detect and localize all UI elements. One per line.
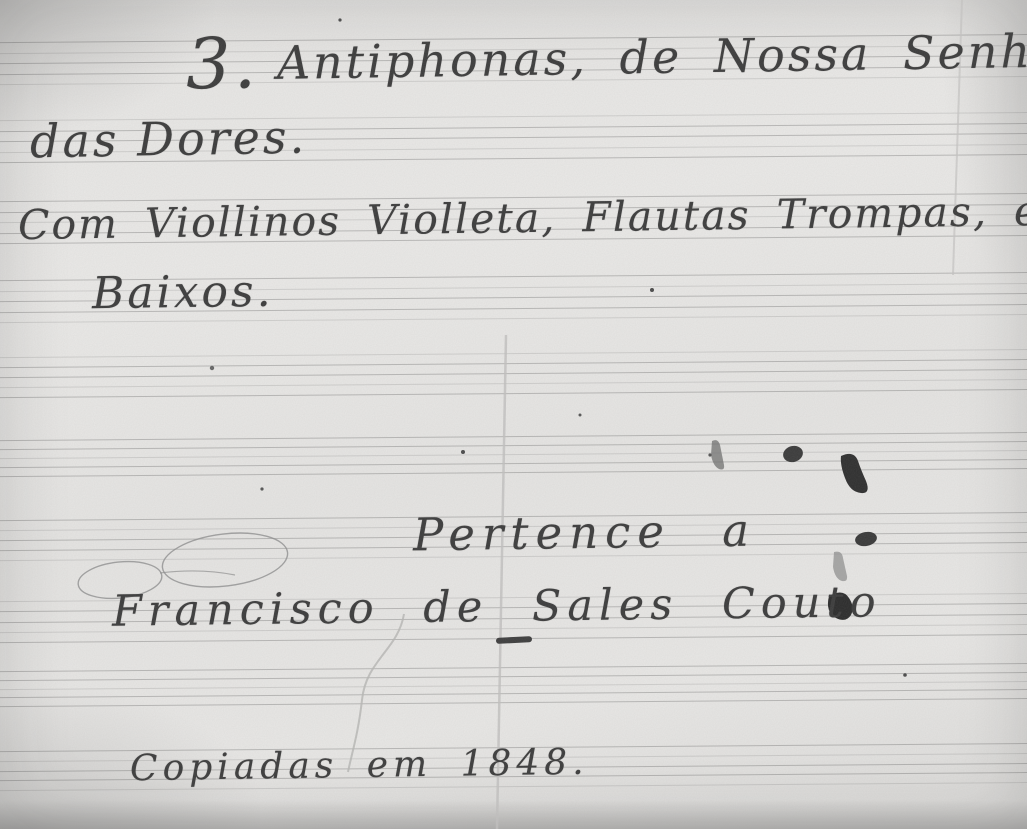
music-staff <box>0 432 1027 476</box>
staff-line <box>0 349 1027 358</box>
title-text: Antiphonas, de Nossa Senhora <box>276 23 1027 90</box>
ink-blot-teardrop <box>841 454 868 493</box>
staff-line <box>0 389 1027 398</box>
ink-smear-small <box>711 440 724 469</box>
staff-line <box>0 459 1027 468</box>
ink-blot-1 <box>781 444 804 465</box>
staff-line <box>0 369 1027 378</box>
staff-line <box>0 359 1027 368</box>
edge-shadow-bottom <box>0 800 1027 829</box>
flourish-connector <box>160 571 235 575</box>
manuscript-page: 3.Antiphonas, de Nossa Senhora das Dores… <box>0 0 1027 829</box>
speck <box>708 453 711 456</box>
instruments-line-2: Baixos. <box>92 270 274 317</box>
date-line: Copiadas em 1848. <box>130 745 589 787</box>
flourish-loop-large <box>159 527 290 594</box>
music-staff <box>0 349 1027 397</box>
speck <box>579 414 582 417</box>
ink-smear-grey <box>833 552 847 582</box>
staff-line <box>0 379 1027 388</box>
staff-line <box>0 441 1027 450</box>
music-staff <box>0 663 1027 706</box>
ink-dash-under-sales <box>496 636 532 644</box>
staff-line <box>0 468 1027 477</box>
speck <box>260 487 263 490</box>
speck <box>461 450 465 454</box>
title-number: 3. <box>185 22 259 105</box>
staff-line <box>0 432 1027 441</box>
staff-line <box>0 681 1027 690</box>
speck <box>338 18 341 21</box>
title-line-1: 3.Antiphonas, de Nossa Senhora <box>186 15 1027 100</box>
speck <box>903 673 907 677</box>
title-line-2: das Dores. <box>30 114 308 165</box>
staff-line <box>0 450 1027 459</box>
ownership-line: Pertence a <box>413 508 757 558</box>
staff-line <box>0 689 1027 698</box>
speck <box>650 288 654 292</box>
speck <box>210 366 214 370</box>
instruments-line-1: Com Viollinos Violleta, Flautas Trompas,… <box>18 191 1027 246</box>
staff-line <box>0 698 1027 707</box>
owner-name-line: Francisco de Sales Couto <box>112 581 882 633</box>
staff-line <box>0 663 1027 672</box>
ink-blot-2 <box>854 530 878 548</box>
staff-line <box>0 672 1027 681</box>
